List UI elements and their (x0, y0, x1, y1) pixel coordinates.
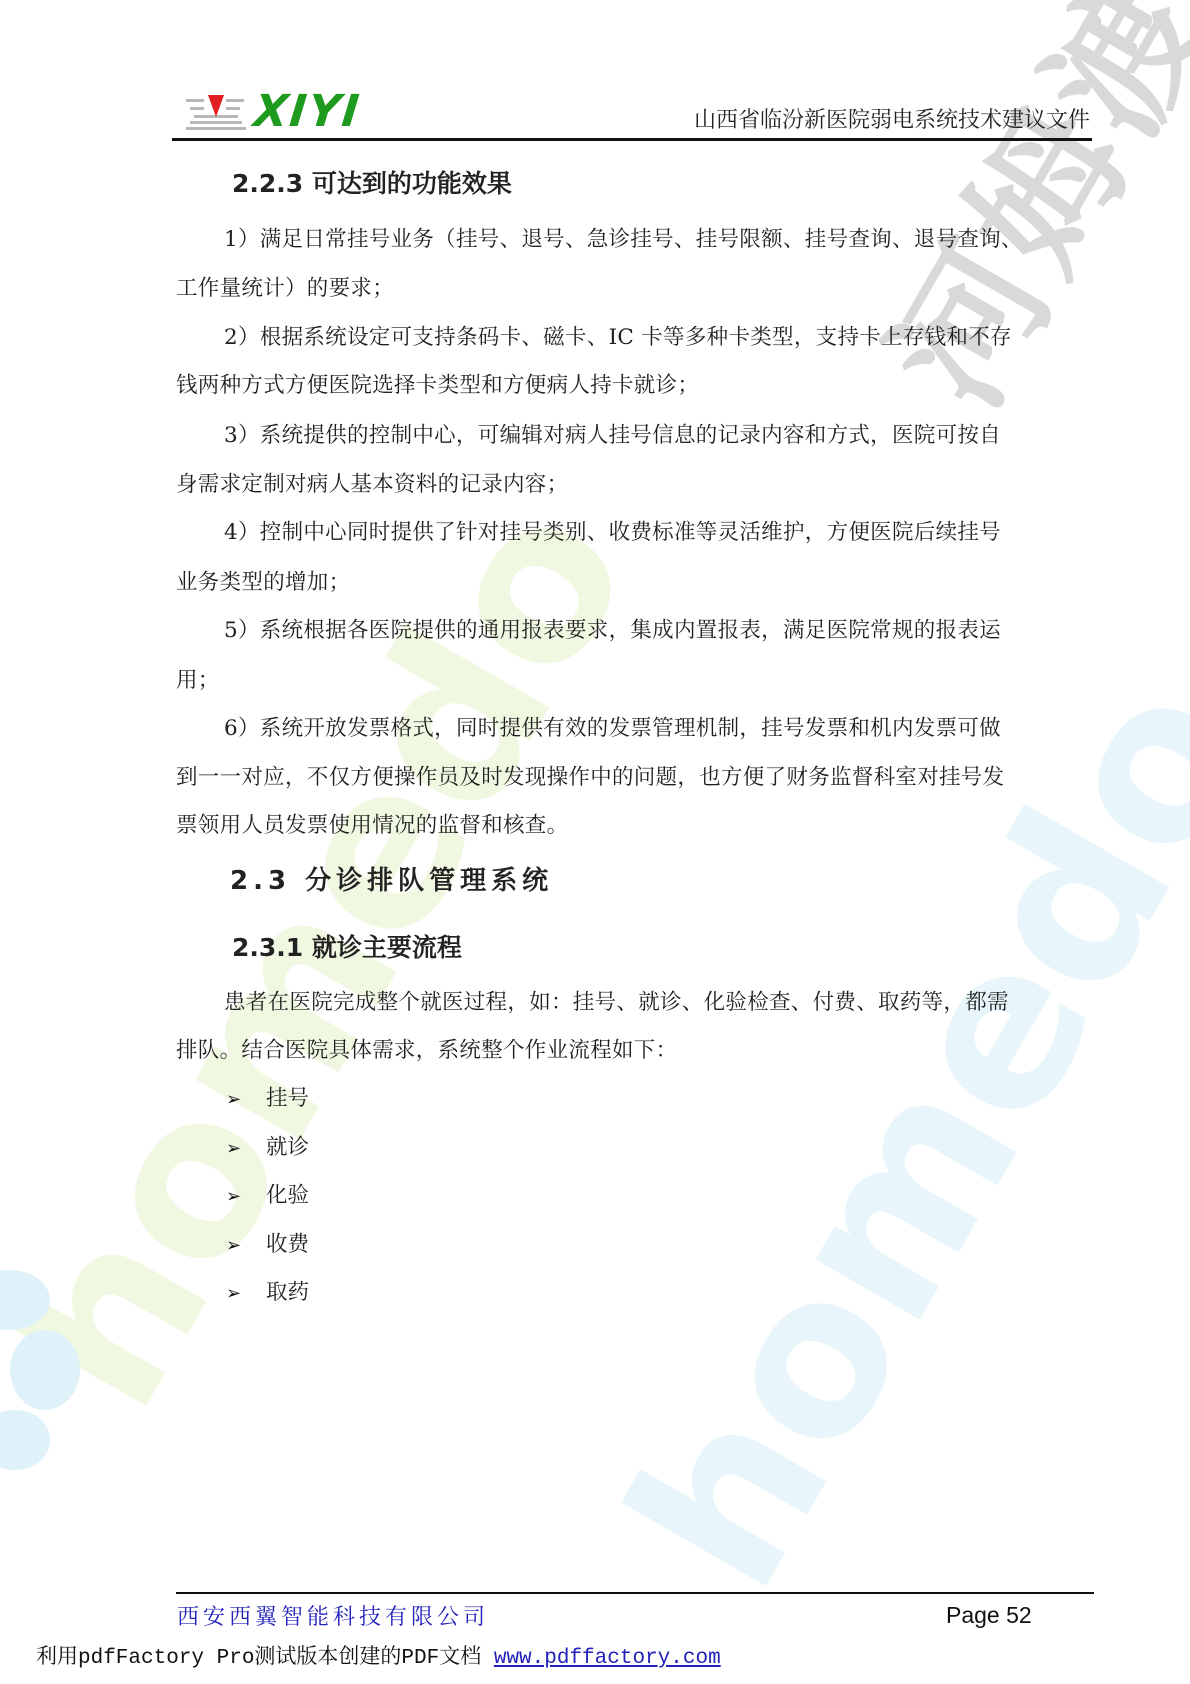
heading-2-3-1: 2.3.1 就诊主要流程 (232, 928, 462, 964)
paragraph-line: 到一一对应，不仅方便操作员及时发现操作中的问题，也方便了财务监督科室对挂号发 (176, 760, 1088, 791)
footer-company: 西安西翼智能科技有限公司 (177, 1600, 489, 1631)
paragraph-line: 票领用人员发票使用情况的监督和核查。 (176, 808, 1088, 839)
page-number: Page 52 (946, 1602, 1032, 1629)
company-logo: XIYI (186, 92, 366, 132)
pdffactory-link[interactable]: www.pdffactory.com (494, 1647, 721, 1670)
paragraph-line: 业务类型的增加； (176, 565, 1088, 596)
heading-2-3: 2.3 分诊排队管理系统 (230, 860, 553, 897)
paragraph-line: 钱两种方式方便医院选择卡类型和方便病人持卡就诊； (176, 368, 1088, 399)
list-item: ➢收费 (226, 1227, 309, 1258)
pdf-note-text: 利用pdfFactory Pro测试版本创建的PDF文档 (36, 1647, 494, 1670)
paragraph-line: 1）满足日常挂号业务（挂号、退号、急诊挂号、挂号限额、挂号查询、退号查询、 (224, 222, 1088, 253)
arrow-bullet-icon: ➢ (226, 1283, 266, 1304)
paragraph-line: 用； (176, 663, 1088, 694)
paragraph-line: 6）系统开放发票格式，同时提供有效的发票管理机制，挂号发票和机内发票可做 (224, 711, 1088, 742)
pdf-creator-note: 利用pdfFactory Pro测试版本创建的PDF文档 www.pdffact… (36, 1640, 721, 1670)
paragraph-line: 4）控制中心同时提供了针对挂号类别、收费标准等灵活维护，方便医院后续挂号 (224, 515, 1088, 546)
list-item: ➢挂号 (226, 1081, 309, 1112)
paragraph-line: 患者在医院完成整个就医过程，如：挂号、就诊、化验检查、付费、取药等，都需 (224, 985, 1088, 1016)
logo-text: XIYI (251, 86, 363, 137)
paragraph-line: 5）系统根据各医院提供的通用报表要求，集成内置报表，满足医院常规的报表运 (224, 613, 1088, 644)
document-title: 山西省临汾新医院弱电系统技术建议文件 (694, 103, 1090, 134)
arrow-bullet-icon: ➢ (226, 1235, 266, 1256)
list-item-label: 取药 (266, 1280, 309, 1305)
list-item: ➢取药 (226, 1275, 309, 1306)
paragraph-line: 身需求定制对病人基本资料的记录内容； (176, 467, 1088, 498)
list-item: ➢化验 (226, 1178, 309, 1209)
heading-2-2-3: 2.2.3 可达到的功能效果 (232, 164, 512, 200)
paragraph-line: 排队。结合医院具体需求，系统整个作业流程如下： (176, 1033, 1088, 1064)
paragraph-line: 3）系统提供的控制中心，可编辑对病人挂号信息的记录内容和方式，医院可按自 (224, 418, 1088, 449)
logo-mark-icon (186, 95, 248, 129)
arrow-bullet-icon: ➢ (226, 1186, 266, 1207)
list-item: ➢就诊 (226, 1130, 309, 1161)
arrow-bullet-icon: ➢ (226, 1089, 266, 1110)
list-item-label: 挂号 (266, 1086, 309, 1111)
list-item-label: 收费 (266, 1232, 309, 1257)
paragraph-line: 2）根据系统设定可支持条码卡、磁卡、IC 卡等多种卡类型，支持卡上存钱和不存 (224, 320, 1088, 351)
paragraph-line: 工作量统计）的要求； (176, 271, 1088, 302)
arrow-bullet-icon: ➢ (226, 1138, 266, 1159)
list-item-label: 就诊 (266, 1135, 309, 1160)
page-header: XIYI 山西省临汾新医院弱电系统技术建议文件 (172, 92, 1092, 141)
footer-divider (176, 1592, 1094, 1594)
list-item-label: 化验 (266, 1183, 309, 1208)
